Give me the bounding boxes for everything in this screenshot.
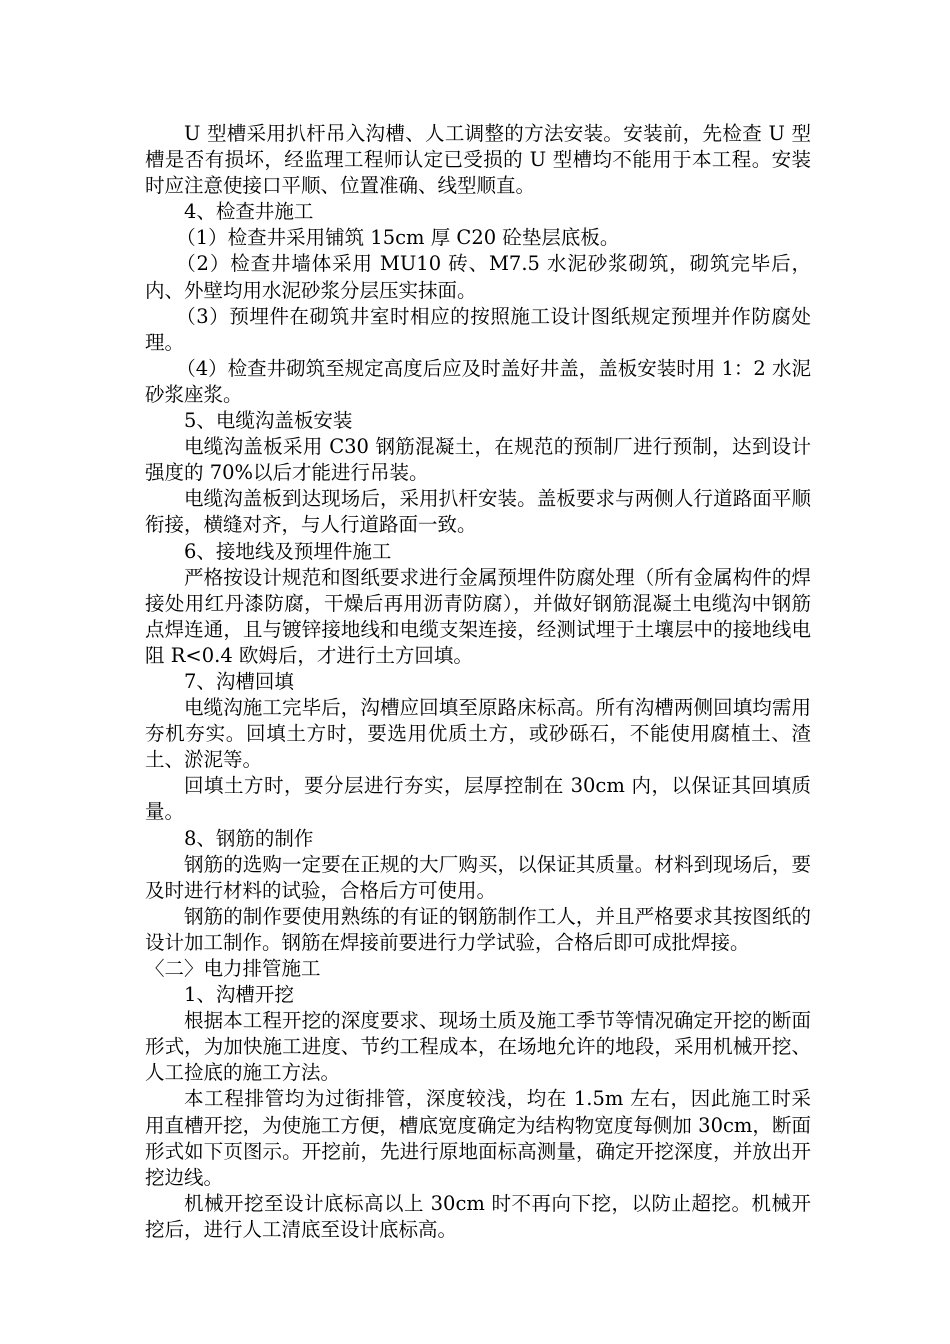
heading-trench-excavation: 1、沟槽开挖	[145, 982, 811, 1008]
paragraph-excavation-2: 本工程排管均为过街排管，深度较浅，均在 1.5m 左右，因此施工时采用直槽开挖，…	[145, 1086, 811, 1190]
paragraph-backfill-1: 电缆沟施工完毕后，沟槽应回填至原路床标高。所有沟槽两侧回填均需用夯机夯实。回填土…	[145, 695, 811, 773]
paragraph-cover-plate-install: 电缆沟盖板到达现场后，采用扒杆安装。盖板要求与两侧人行道路面平顺衔接，横缝对齐，…	[145, 486, 811, 538]
heading-cover-plate: 5、电缆沟盖板安装	[145, 408, 811, 434]
paragraph-u-trough-install: U 型槽采用扒杆吊入沟槽、人工调整的方法安装。安装前，先检查 U 型槽是否有损坏…	[145, 121, 811, 199]
paragraph-cover-plate-precast: 电缆沟盖板采用 C30 钢筋混凝土，在规范的预制厂进行预制，达到设计强度的 70…	[145, 434, 811, 486]
paragraph-backfill-2: 回填土方时，要分层进行夯实，层厚控制在 30cm 内，以保证其回填质量。	[145, 773, 811, 825]
section-heading-power-pipe: 〈二〉电力排管施工	[145, 956, 811, 982]
paragraph-excavation-3: 机械开挖至设计底标高以上 30cm 时不再向下挖，以防止超挖。机械开挖后，进行人…	[145, 1191, 811, 1243]
paragraph-grounding: 严格按设计规范和图纸要求进行金属预埋件防腐处理（所有金属构件的焊接处用红丹漆防腐…	[145, 565, 811, 669]
document-page: U 型槽采用扒杆吊入沟槽、人工调整的方法安装。安装前，先检查 U 型槽是否有损坏…	[145, 121, 811, 1243]
heading-backfill: 7、沟槽回填	[145, 669, 811, 695]
heading-grounding: 6、接地线及预埋件施工	[145, 539, 811, 565]
subitem-2: （2）检查井墙体采用 MU10 砖、M7.5 水泥砂浆砌筑，砌筑完毕后，内、外壁…	[145, 251, 811, 303]
heading-rebar: 8、钢筋的制作	[145, 826, 811, 852]
paragraph-rebar-1: 钢筋的选购一定要在正规的大厂购买，以保证其质量。材料到现场后，要及时进行材料的试…	[145, 852, 811, 904]
subitem-1: （1）检查井采用铺筑 15cm 厚 C20 砼垫层底板。	[145, 225, 811, 251]
subitem-4: （4）检查井砌筑至规定高度后应及时盖好井盖，盖板安装时用 1：2 水泥砂浆座浆。	[145, 356, 811, 408]
heading-inspection-well: 4、检查井施工	[145, 199, 811, 225]
subitem-3: （3）预埋件在砌筑井室时相应的按照施工设计图纸规定预埋并作防腐处理。	[145, 304, 811, 356]
paragraph-excavation-1: 根据本工程开挖的深度要求、现场土质及施工季节等情况确定开挖的断面形式，为加快施工…	[145, 1008, 811, 1086]
paragraph-rebar-2: 钢筋的制作要使用熟练的有证的钢筋制作工人，并且严格要求其按图纸的设计加工制作。钢…	[145, 904, 811, 956]
